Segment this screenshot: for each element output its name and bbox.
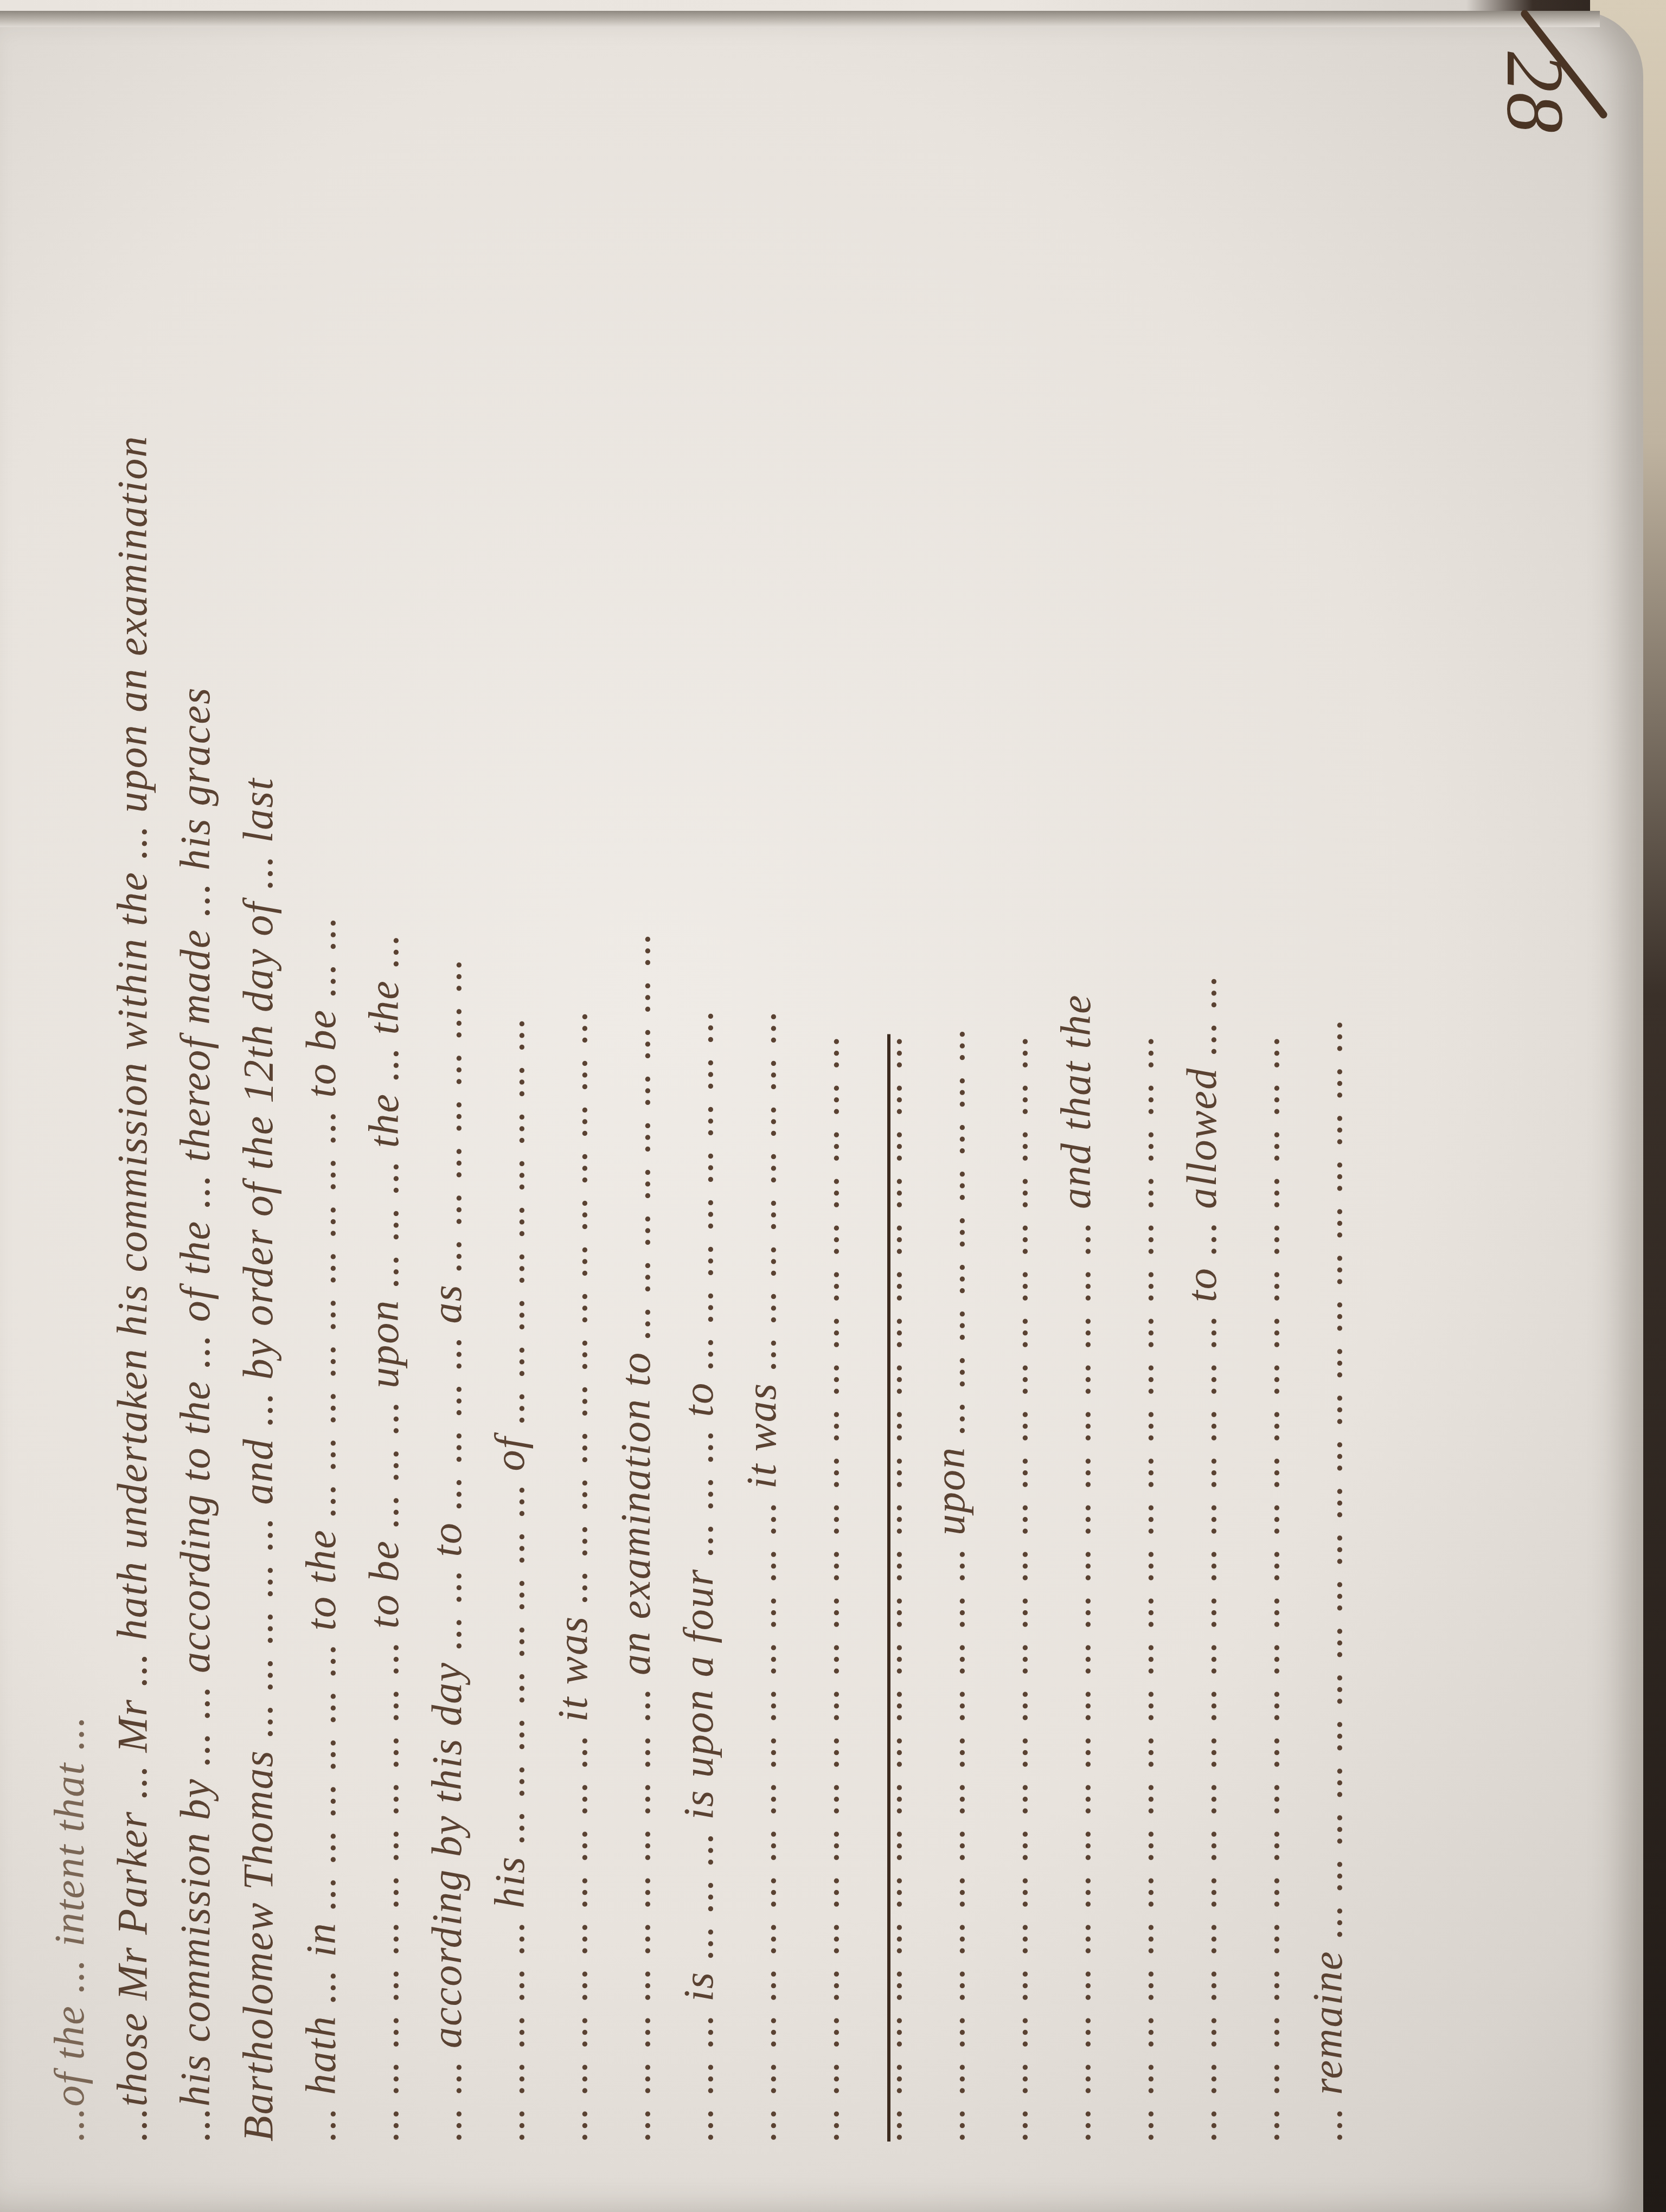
text-line: ... remaine ... ... ... ... ... ... ... … bbox=[1296, 60, 1359, 2174]
line-text: ... ... ... ... ... ... ... ... ... ... … bbox=[1170, 974, 1233, 2174]
text-line: ... ... ... ... ... ... ... ... ... it w… bbox=[541, 60, 604, 2174]
page-edge bbox=[0, 11, 1600, 27]
line-text: ... ... ... ... ... ... ... ... ... ... … bbox=[604, 932, 667, 2174]
text-line: ...his commission by ... ... according t… bbox=[164, 60, 227, 2174]
text-line: ... ... ... is ... ... ... is upon a fou… bbox=[667, 60, 730, 2174]
line-text: ... ... ... ... ... ... ... ... ... ... … bbox=[1107, 1034, 1170, 2175]
text-line: ... ... ... ... ... ... ... ... ... ... … bbox=[856, 60, 919, 2174]
line-text: ... ... ... ... ... ... ... ... ... ... … bbox=[353, 933, 415, 2174]
line-text: Bartholomew Thomas ... ... ... ... ... a… bbox=[227, 777, 290, 2174]
text-line: ... ... ... ... ... ... ... ... ... ... … bbox=[1233, 60, 1296, 2174]
line-text: ... ... ... ... ... ... ... ... ... ... … bbox=[1233, 1034, 1296, 2175]
line-text: ... ... ... ... ... his ... ... ... ... … bbox=[478, 1017, 541, 2174]
text-line: ... ... ... ... ... ... ... ... ... ... … bbox=[730, 60, 793, 2174]
text-line: Bartholomew Thomas ... ... ... ... ... a… bbox=[227, 60, 290, 2174]
line-text: ... hath ... in ... ... ... ... ... ... … bbox=[290, 916, 353, 2174]
text-line: ... ... ... ... ... ... ... ... ... ... … bbox=[353, 60, 415, 2174]
line-text: ...of the ... intent that ... bbox=[38, 1715, 101, 2174]
text-line: ... ... ... ... ... ... ... ... ... ... … bbox=[793, 60, 856, 2174]
text-line: ... ... ... ... ... ... ... ... ... ... … bbox=[982, 60, 1045, 2174]
text-line: ... ... ... ... ... ... ... ... ... ... … bbox=[919, 60, 982, 2174]
line-text: ... ... according by this day ... ... to… bbox=[415, 957, 478, 2174]
line-text: ... ... ... ... ... ... ... ... ... ... … bbox=[793, 1034, 856, 2175]
manuscript-page: 28 ...of the ... intent that ... ...thos… bbox=[0, 11, 1643, 2212]
line-text: ... ... ... ... ... ... ... ... ... ... … bbox=[730, 1009, 793, 2174]
text-line: ... ... according by this day ... ... to… bbox=[415, 60, 478, 2174]
text-line: ... ... ... ... ... ... ... ... ... ... … bbox=[1045, 60, 1107, 2174]
text-line: ... ... ... ... ... ... ... ... ... ... … bbox=[604, 60, 667, 2174]
text-line: ... hath ... in ... ... ... ... ... ... … bbox=[290, 60, 353, 2174]
line-text: ...those Mr Parker ... Mr ... hath under… bbox=[101, 435, 164, 2174]
line-text: ... ... ... ... ... ... ... ... ... it w… bbox=[541, 1009, 604, 2174]
line-text: ... remaine ... ... ... ... ... ... ... … bbox=[1296, 1018, 1359, 2174]
line-text: ... ... ... ... ... ... ... ... ... ... … bbox=[919, 1027, 982, 2174]
line-text: ...his commission by ... ... according t… bbox=[164, 687, 227, 2174]
text-line: ...those Mr Parker ... Mr ... hath under… bbox=[101, 60, 164, 2174]
text-line: ... ... ... ... ... ... ... ... ... ... … bbox=[1107, 60, 1170, 2174]
text-block: ...of the ... intent that ... ...those M… bbox=[38, 60, 1611, 2174]
manuscript-photo: 28 ...of the ... intent that ... ...thos… bbox=[0, 0, 1666, 2212]
line-text: ... ... ... ... ... ... ... ... ... ... … bbox=[856, 1034, 919, 2175]
text-line: ... ... ... ... ... ... ... ... ... ... … bbox=[1170, 60, 1233, 2174]
text-line: ...of the ... intent that ... bbox=[38, 60, 101, 2174]
line-text: ... ... ... ... ... ... ... ... ... ... … bbox=[1045, 994, 1107, 2174]
line-text: ... ... ... is ... ... ... is upon a fou… bbox=[667, 1009, 730, 2174]
line-text: ... ... ... ... ... ... ... ... ... ... … bbox=[982, 1034, 1045, 2175]
text-line: ... ... ... ... ... his ... ... ... ... … bbox=[478, 60, 541, 2174]
